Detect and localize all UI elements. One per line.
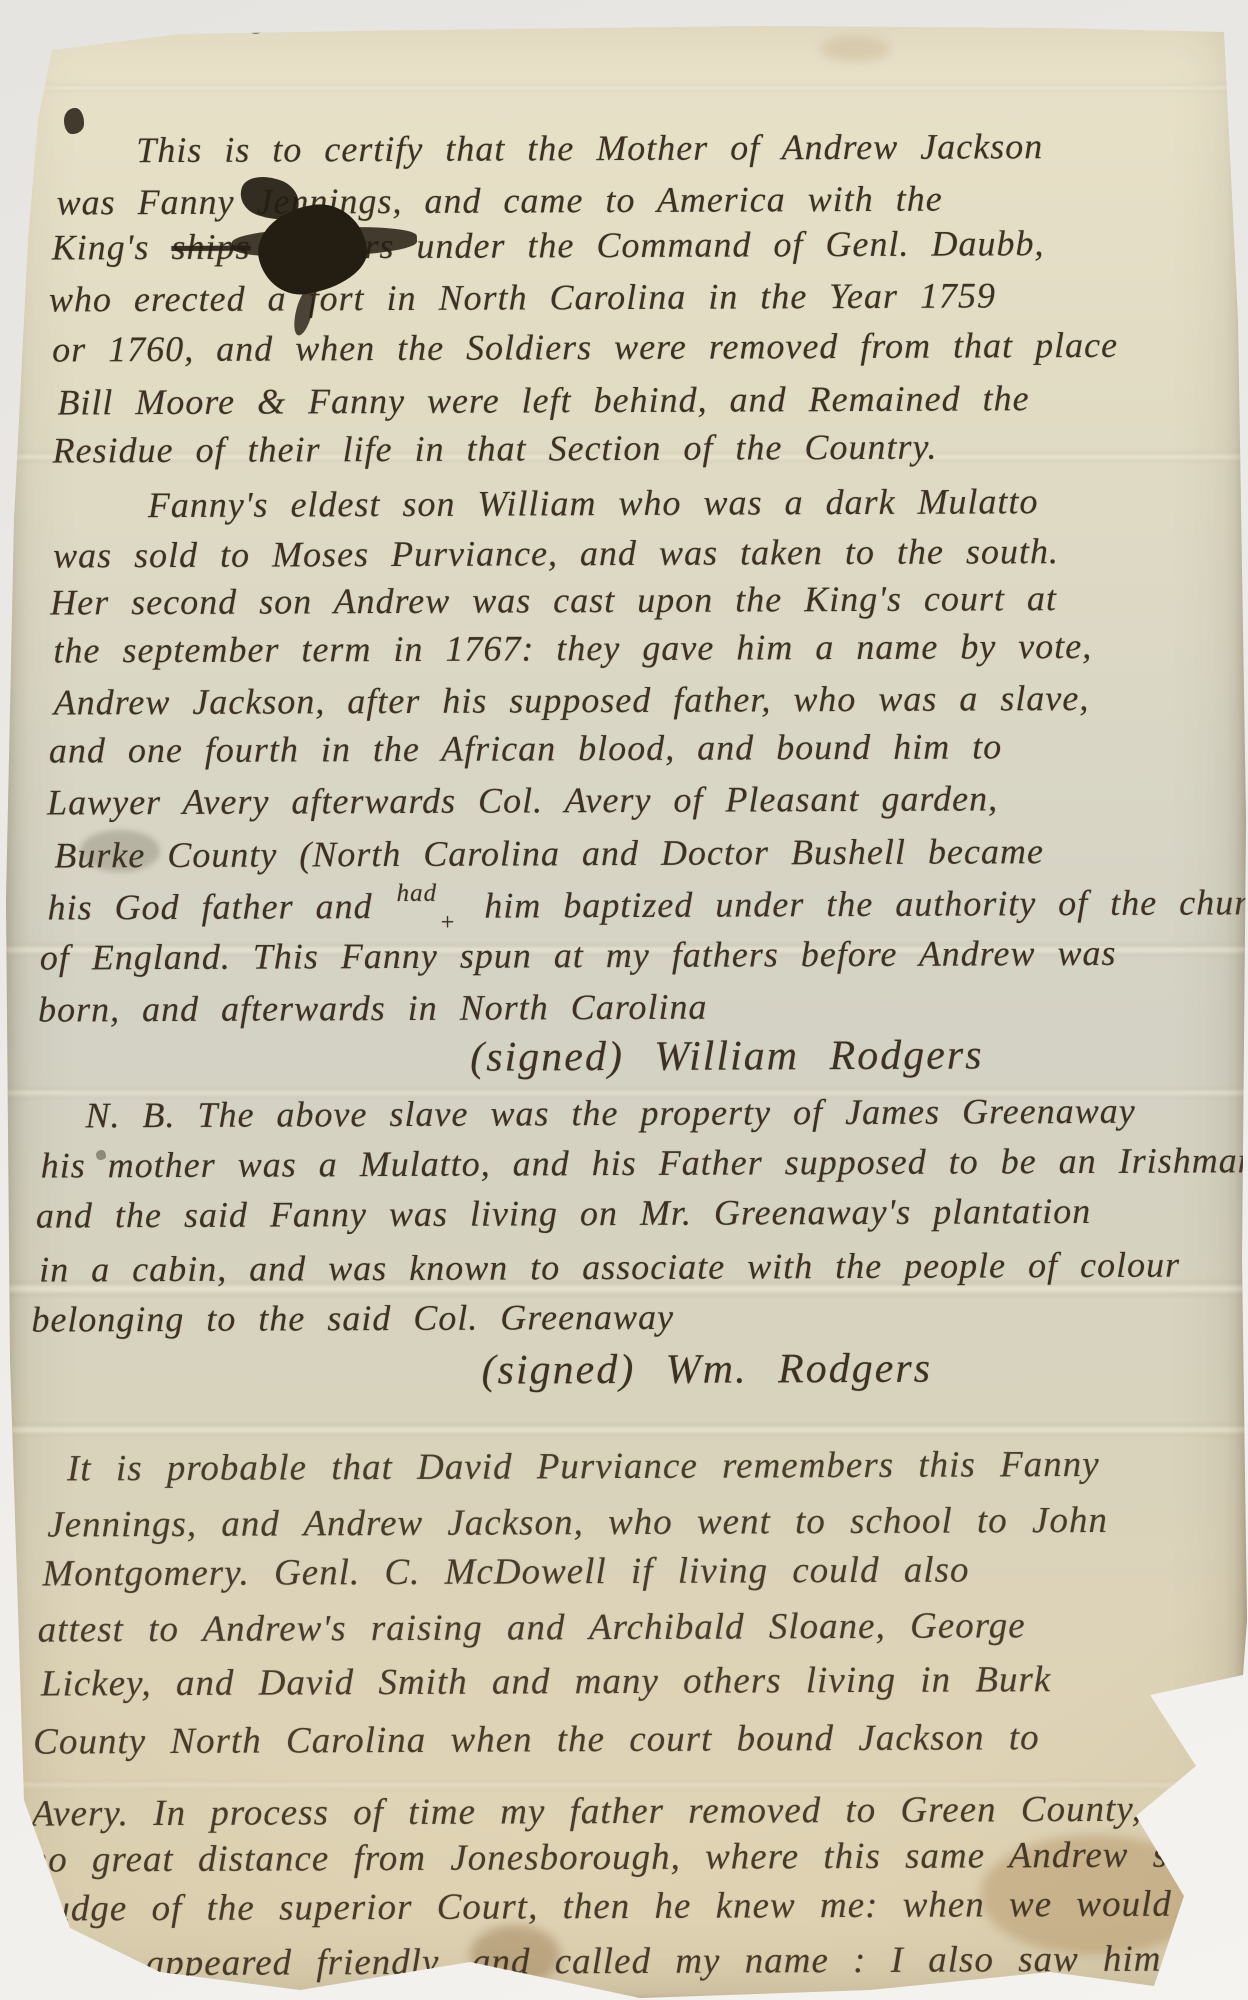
manuscript-line-17: of England. This Fanny spun at my father…	[40, 926, 1117, 985]
text-segment: was Fanny Jennings, and came to America …	[56, 179, 942, 223]
text-segment: lways appeared friendly, and called my n…	[32, 1938, 1248, 1985]
text-segment: Montgomery. Genl. C. McDowell if living …	[42, 1549, 969, 1594]
manuscript-line-5: or 1760, and when the Soldiers were remo…	[52, 318, 1118, 377]
manuscript-line-3: King's ships soldiers under the Command …	[52, 216, 1045, 274]
manuscript-line-26: It is probable that David Purviance reme…	[67, 1438, 1100, 1497]
manuscript-line-19: (signed) William Rodgers	[470, 1028, 984, 1084]
text-segment: his God father and	[48, 886, 395, 928]
text-segment: Residue of their life in that Section of…	[53, 427, 938, 471]
text-segment: N. B. The above slave was the property o…	[85, 1091, 1135, 1136]
text-segment: (signed) William Rodgers	[470, 1032, 983, 1080]
text-segment: and one fourth in the African blood, and…	[49, 726, 1002, 770]
text-segment: It is probable that David Purviance reme…	[67, 1444, 1100, 1490]
manuscript-paper: This is to certify that the Mother of An…	[0, 0, 1248, 2000]
text-segment: Lawyer Avery afterwards Col. Avery of Pl…	[47, 778, 998, 822]
text-segment: attest to Andrew's raising and Archibald…	[38, 1605, 1026, 1650]
paper-right-edge-shadow	[1226, 0, 1248, 2000]
text-segment: Jennings, and Andrew Jackson, who went t…	[47, 1500, 1108, 1546]
manuscript-line-11: the september term in 1767: they gave hi…	[53, 619, 1092, 678]
manuscript-line-8: Fanny's eldest son William who was a dar…	[148, 474, 1039, 532]
text-segment: County North Carolina when the court bou…	[33, 1717, 1040, 1762]
text-segment: Her second son Andrew was cast upon the …	[50, 578, 1057, 622]
text-segment: Bill Moore & Fanny were left behind, and…	[57, 378, 1029, 422]
text-segment: him baptized under the authority of the …	[462, 882, 1248, 926]
text-segment: Avery. In process of time my father remo…	[31, 1788, 1248, 1835]
text-segment: of England. This Fanny spun at my father…	[40, 933, 1117, 978]
manuscript-line-25: (signed) Wm. Rodgers	[481, 1342, 932, 1398]
text-segment: or 1760, and when the Soldiers were remo…	[52, 325, 1118, 370]
text-segment: Fanny's eldest son William who was a dar…	[148, 481, 1039, 525]
ink-blot	[64, 108, 84, 134]
text-segment: Lickey, and David Smith and many others …	[41, 1659, 1051, 1704]
text-segment: Andrew Jackson, after his supposed fathe…	[54, 678, 1090, 723]
text-segment: King's	[52, 227, 172, 268]
ink-speck	[250, 24, 262, 34]
text-segment: (signed) Wm. Rodgers	[482, 1346, 933, 1394]
manuscript-line-30: Lickey, and David Smith and many others …	[41, 1653, 1052, 1711]
manuscript-text: This is to certify that the Mother of An…	[0, 0, 1248, 2000]
manuscript-line-22: and the said Fanny was living on Mr. Gre…	[36, 1184, 1092, 1243]
manuscript-line-31: County North Carolina when the court bou…	[33, 1711, 1040, 1769]
text-segment: born, and afterwards in North Carolina	[38, 987, 708, 1030]
manuscript-line-7: Residue of their life in that Section of…	[52, 420, 937, 478]
document-photo: This is to certify that the Mother of An…	[0, 0, 1248, 2000]
word-ins: had	[396, 867, 437, 921]
manuscript-line-15: Burke County (North Carolina and Doctor …	[54, 824, 1044, 882]
manuscript-line-13: and one fourth in the African blood, and…	[49, 719, 1003, 777]
text-segment: This is to certify that the Mother of An…	[136, 126, 1043, 170]
manuscript-line-29: attest to Andrew's raising and Archibald…	[38, 1599, 1026, 1657]
manuscript-line-4: who erected a fort in North Carolina in …	[49, 268, 996, 326]
manuscript-line-35: lways appeared friendly, and called my n…	[32, 1932, 1248, 1992]
manuscript-line-24: belonging to the said Col. Greenaway	[31, 1290, 674, 1347]
text-segment: no great distance from Jonesborough, whe…	[29, 1834, 1248, 1880]
text-segment: was sold to Moses Purviance, and was tak…	[53, 531, 1059, 575]
ink-speck	[96, 1150, 106, 1160]
manuscript-line-14: Lawyer Avery afterwards Col. Avery of Pl…	[47, 771, 998, 829]
text-segment: Burke County (North Carolina and Doctor …	[54, 831, 1044, 875]
manuscript-line-23: in a cabin, and was known to associate w…	[39, 1238, 1180, 1297]
paper-left-edge-shadow	[0, 0, 28, 2000]
manuscript-line-18: born, and afterwards in North Carolina	[38, 980, 708, 1037]
text-segment: in a cabin, and was known to associate w…	[39, 1245, 1180, 1290]
manuscript-line-28: Montgomery. Genl. C. McDowell if living …	[42, 1543, 969, 1601]
text-segment: who erected a fort in North Carolina in …	[49, 275, 996, 319]
text-segment: belonging to the said Col. Greenaway	[31, 1297, 674, 1340]
ink-blot	[140, 4, 184, 20]
text-segment: Judge of the superior Court, then he kne…	[34, 1883, 1248, 1929]
manuscript-line-34: Judge of the superior Court, then he kne…	[34, 1877, 1248, 1936]
text-segment: and the said Fanny was living on Mr. Gre…	[36, 1191, 1091, 1236]
text-segment: the september term in 1767: they gave hi…	[53, 626, 1092, 671]
text-segment: his mother was a Mulatto, and his Father…	[41, 1140, 1248, 1185]
manuscript-line-1: This is to certify that the Mother of An…	[136, 119, 1043, 177]
